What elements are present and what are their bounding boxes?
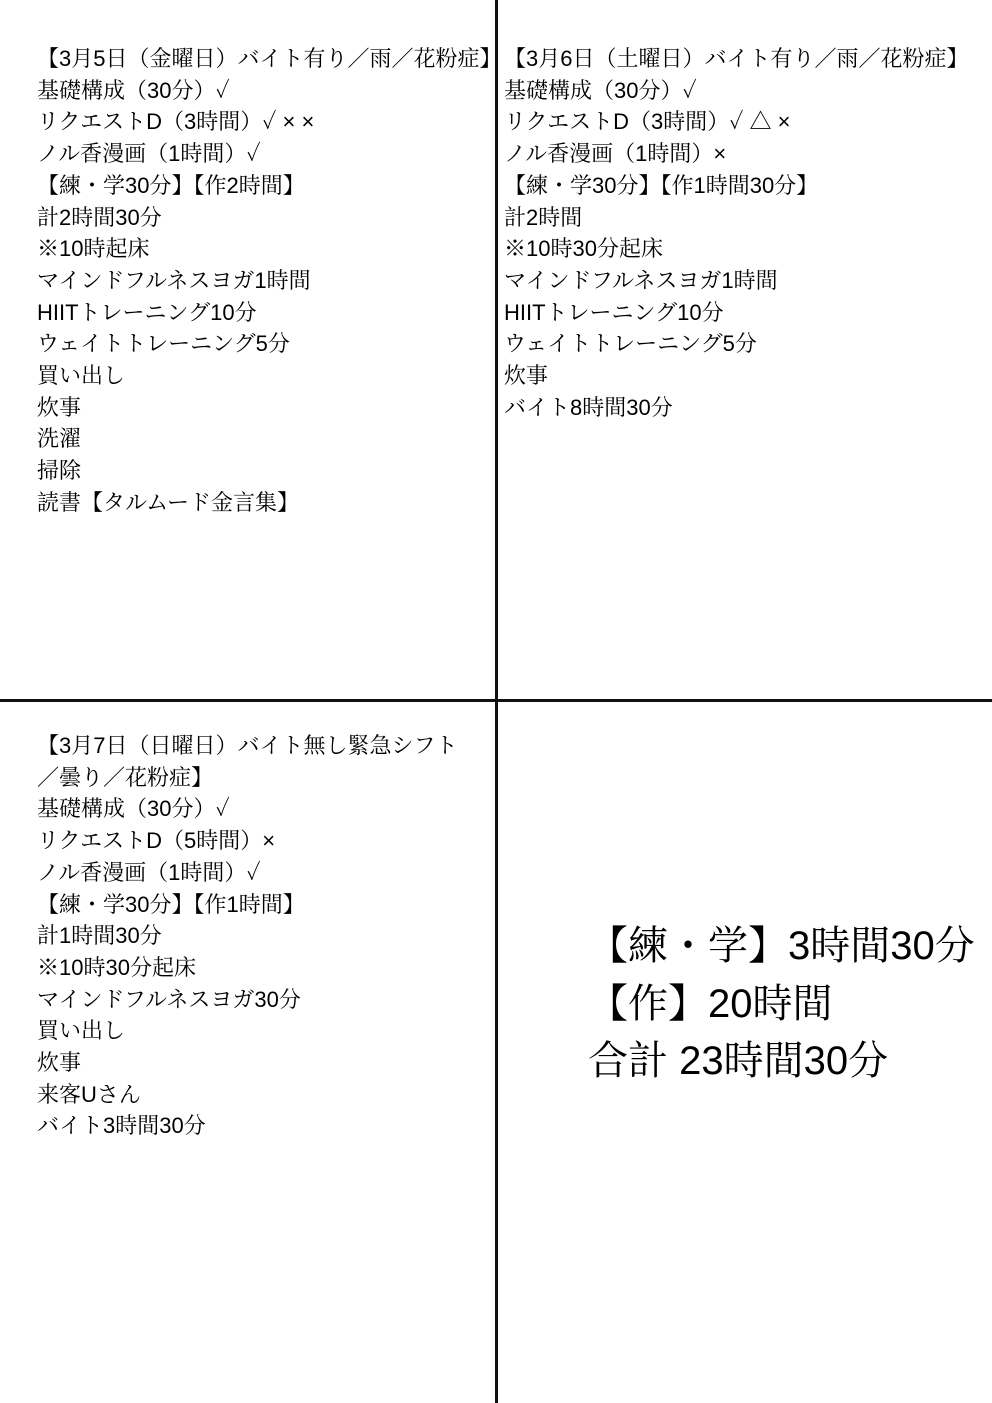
entry-line: HIITトレーニング10分 <box>504 297 968 329</box>
summary-line: 【練・学】3時間30分 <box>588 918 975 976</box>
diary-entry-march-7: 【3月7日（日曜日）バイト無し緊急シフト／曇り／花粉症】基礎構成（30分）✓リク… <box>37 730 457 1142</box>
entry-line: バイト3時間30分 <box>37 1110 457 1142</box>
summary-line: 【作】20時間 <box>588 976 975 1034</box>
entry-line: ／曇り／花粉症】 <box>37 762 457 794</box>
entry-line: ※10時30分起床 <box>504 233 968 265</box>
entry-line: ノル香漫画（1時間）× <box>504 138 968 170</box>
entry-line: 【3月6日（土曜日）バイト有り／雨／花粉症】 <box>504 43 968 75</box>
entry-line: マインドフルネスヨガ1時間 <box>37 265 501 297</box>
entry-line: 【練・学30分】【作1時間30分】 <box>504 170 968 202</box>
entry-line: 炊事 <box>504 360 968 392</box>
diary-page: 【3月5日（金曜日）バイト有り／雨／花粉症】基礎構成（30分）✓リクエストD（3… <box>0 0 992 1403</box>
diary-entry-march-5: 【3月5日（金曜日）バイト有り／雨／花粉症】基礎構成（30分）✓リクエストD（3… <box>37 43 501 519</box>
entry-line: 基礎構成（30分）✓ <box>37 75 501 107</box>
entry-line: リクエストD（3時間）✓ △ × <box>504 106 968 138</box>
entry-line: 読書【タルムード金言集】 <box>37 487 501 519</box>
entry-line: 【3月5日（金曜日）バイト有り／雨／花粉症】 <box>37 43 501 75</box>
entry-line: 【練・学30分】【作1時間】 <box>37 889 457 921</box>
entry-line: 来客Uさん <box>37 1079 457 1111</box>
entry-line: HIITトレーニング10分 <box>37 297 501 329</box>
summary-line: 合計 23時間30分 <box>588 1033 975 1091</box>
entry-line: マインドフルネスヨガ30分 <box>37 984 457 1016</box>
entry-line: 炊事 <box>37 392 501 424</box>
entry-line: 洗濯 <box>37 423 501 455</box>
entry-line: リクエストD（3時間）✓ × × <box>37 106 501 138</box>
entry-line: バイト8時間30分 <box>504 392 968 424</box>
entry-line: リクエストD（5時間）× <box>37 825 457 857</box>
entry-line: ウェイトトレーニング5分 <box>37 328 501 360</box>
diary-entry-march-6: 【3月6日（土曜日）バイト有り／雨／花粉症】基礎構成（30分）✓リクエストD（3… <box>504 43 968 423</box>
entry-line: 炊事 <box>37 1047 457 1079</box>
weekly-total-summary: 【練・学】3時間30分【作】20時間合計 23時間30分 <box>588 918 975 1091</box>
entry-line: 買い出し <box>37 360 501 392</box>
entry-line: 基礎構成（30分）✓ <box>504 75 968 107</box>
entry-line: ノル香漫画（1時間）✓ <box>37 138 501 170</box>
entry-line: 掃除 <box>37 455 501 487</box>
entry-line: ※10時起床 <box>37 233 501 265</box>
entry-line: 計2時間30分 <box>37 202 501 234</box>
entry-line: 基礎構成（30分）✓ <box>37 793 457 825</box>
entry-line: 買い出し <box>37 1015 457 1047</box>
entry-line: ウェイトトレーニング5分 <box>504 328 968 360</box>
entry-line: マインドフルネスヨガ1時間 <box>504 265 968 297</box>
entry-line: 計1時間30分 <box>37 920 457 952</box>
entry-line: 【3月7日（日曜日）バイト無し緊急シフト <box>37 730 457 762</box>
entry-line: ノル香漫画（1時間）✓ <box>37 857 457 889</box>
entry-line: 計2時間 <box>504 202 968 234</box>
horizontal-divider-line <box>0 699 992 702</box>
entry-line: ※10時30分起床 <box>37 952 457 984</box>
entry-line: 【練・学30分】【作2時間】 <box>37 170 501 202</box>
